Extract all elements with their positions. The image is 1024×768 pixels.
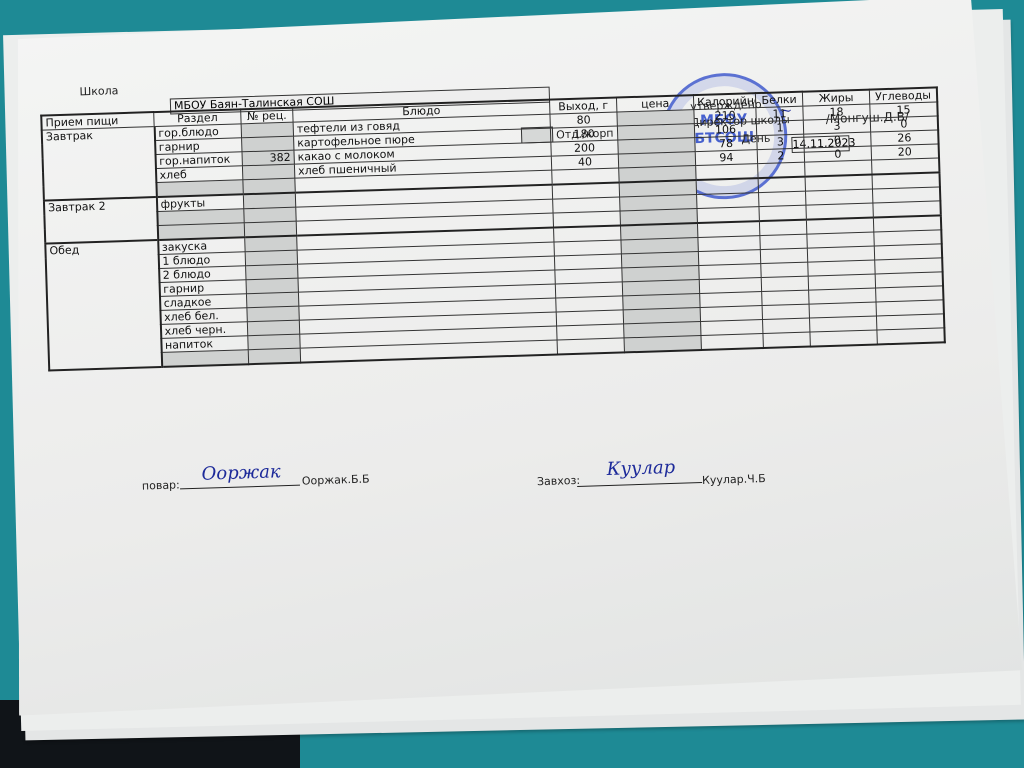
menu-sheet: Школа МБОУ Баян-Талинская СОШ Отд./корп …: [0, 0, 1023, 716]
cell-protein: 3: [757, 134, 804, 149]
cell-protein: [763, 332, 810, 348]
cell-yield: [557, 338, 624, 355]
col-kcal: Калорийность: [693, 93, 755, 109]
col-yield: Выход, г: [549, 98, 616, 115]
cell-recipe: 382: [242, 150, 294, 166]
cell-recipe: [245, 236, 297, 252]
cell-protein: 1: [756, 120, 803, 135]
cell-protein: [762, 304, 809, 319]
cell-protein: [759, 205, 806, 221]
cell-recipe: [243, 178, 295, 194]
cell-fat: [810, 330, 877, 347]
cell-protein: [759, 220, 806, 236]
cell-protein: 2: [757, 148, 804, 163]
cell-recipe: [243, 193, 295, 209]
cell-carbs: [877, 328, 945, 345]
cell-protein: [759, 191, 806, 206]
meal-name: Завтрак 2: [44, 197, 158, 244]
cell-price: [624, 335, 701, 352]
col-protein: Белки: [755, 92, 802, 108]
cell-recipe: [248, 348, 300, 364]
cook-signature: Ооржак: [201, 461, 281, 484]
cell-protein: [762, 290, 809, 305]
cell-section: [161, 350, 248, 367]
cell-protein: [761, 262, 808, 277]
col-carbs: Углеводы: [869, 87, 937, 104]
supply-signature: Куулар: [606, 457, 675, 480]
meal-name: Завтрак: [42, 127, 157, 201]
school-label: Школа: [79, 84, 118, 98]
meal-name: Обед: [45, 240, 161, 370]
cell-protein: [758, 162, 805, 178]
col-recipe: № рец.: [241, 108, 293, 124]
cell-kcal: [701, 334, 763, 350]
menu-table: Прием пищи Раздел № рец. Блюдо Выход, г …: [40, 86, 946, 371]
cell-protein: [761, 276, 808, 291]
cell-protein: [758, 177, 805, 193]
cell-protein: [760, 248, 807, 263]
cook-name: Ооржак.Б.Б: [302, 472, 370, 487]
supply-label: Завхоз:: [537, 474, 580, 488]
cell-protein: [763, 318, 810, 333]
cook-label: повар:: [142, 478, 180, 492]
cell-recipe: [244, 221, 296, 237]
cell-protein: [760, 234, 807, 249]
cell-protein: 11: [756, 106, 803, 121]
supply-name: Куулар.Ч.Б: [702, 472, 766, 487]
